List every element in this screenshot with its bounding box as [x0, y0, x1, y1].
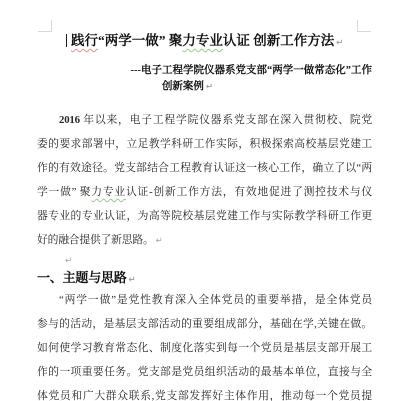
- document-content: 践行“两学一做” 聚力专业认证 创新工作方法↵ ---电子工程学院仪器系党支部“…: [37, 0, 372, 401]
- text-segment: 委的要求部署中，立足教学科研工作实际，积极探索高校基层党建工: [37, 138, 372, 150]
- text-line[interactable]: 委的要求部署中，立足教学科研工作实际，积极探索高校基层党建工: [37, 132, 372, 156]
- pilcrow-icon: ↵: [156, 236, 163, 246]
- section-heading[interactable]: 一、主题与思路↵: [37, 268, 372, 288]
- pilcrow-icon: ↵: [129, 275, 136, 285]
- empty-paragraph[interactable]: ↵: [37, 252, 372, 268]
- text-line[interactable]: 作的一项重要任务。党支部是党员组织活动的最基本单位，直接与全: [37, 360, 372, 384]
- text-segment: “两学一做” 聚: [98, 33, 182, 48]
- text-line[interactable]: 如何使学习教育常态化、制度化落实到每一个党员是基层支部开展工: [37, 336, 372, 360]
- text-segment: 学一做” 聚: [37, 186, 91, 198]
- text-segment: 2016: [59, 114, 83, 126]
- text-segment: 年以来，电子工程学院仪器系党支部在深入贯彻校、院党: [83, 114, 372, 126]
- document-body: 2016 年以来，电子工程学院仪器系党支部在深入贯彻校、院党委的要求部署中，立足…: [37, 108, 372, 401]
- text-segment: 参与的活动，是基层支部活动的重要组成部分，基础在学,关键在做。: [37, 318, 372, 330]
- text-segment: 作的有效途径。党支部结合工程教育认证这一核心工作，确立了以“两: [37, 162, 372, 174]
- document-title[interactable]: 践行“两学一做” 聚力专业认证 创新工作方法↵: [37, 32, 372, 50]
- paragraph-2[interactable]: “两学一做”是党性教育深入全体党员的重要举措，是全体党员参与的活动，是基层支部活…: [37, 288, 372, 401]
- text-line[interactable]: 2016 年以来，电子工程学院仪器系党支部在深入贯彻校、院党: [37, 108, 372, 132]
- text-line[interactable]: 好的融合提供了新思路。↵: [37, 228, 372, 252]
- text-segment: 力专业: [91, 186, 126, 198]
- subtitle-line-1: ---电子工程学院仪器系党支部“两学一做常态化”工作: [37, 63, 372, 79]
- text-line[interactable]: 学一做” 聚力专业认证-创新工作方法，有效地促进了测控技术与仪: [37, 180, 372, 204]
- text-line[interactable]: “两学一做”是党性教育深入全体党员的重要举措，是全体党员: [37, 288, 372, 312]
- paragraph-1[interactable]: 2016 年以来，电子工程学院仪器系党支部在深入贯彻校、院党委的要求部署中，立足…: [37, 108, 372, 252]
- pilcrow-icon: ↵: [206, 82, 213, 92]
- text-segment: 认证-创新工作方法，有效地促进了测控技术与仪: [126, 186, 372, 198]
- text-segment: 器专业的专业认证，为高等院校基层党建工作与实际教学科研工作更: [37, 210, 372, 222]
- text-line[interactable]: 体党员和广大群众联系,党支部发挥好主体作用，推动每一个党员提: [37, 384, 372, 401]
- text-segment: 好的融合提供了新思路。: [37, 234, 154, 246]
- text-line[interactable]: 参与的活动，是基层支部活动的重要组成部分，基础在学,关键在做。: [37, 312, 372, 336]
- document-page: 践行“两学一做” 聚力专业认证 创新工作方法↵ ---电子工程学院仪器系党支部“…: [0, 0, 400, 401]
- pilcrow-icon: ↵: [336, 38, 343, 48]
- subtitle-line-2: 创新案例↵: [37, 79, 372, 95]
- text-line[interactable]: 器专业的专业认证，为高等院校基层党建工作与实际教学科研工作更: [37, 204, 372, 228]
- text-segment: 践行: [71, 33, 98, 48]
- document-subtitle[interactable]: ---电子工程学院仪器系党支部“两学一做常态化”工作 创新案例↵: [37, 63, 372, 95]
- pilcrow-icon: ↵: [65, 256, 72, 266]
- text-cursor: [66, 34, 67, 47]
- text-line[interactable]: 作的有效途径。党支部结合工程教育认证这一核心工作，确立了以“两: [37, 156, 372, 180]
- text-segment: 力专业: [182, 33, 223, 48]
- text-segment: 认证 创新工作方法: [223, 33, 334, 48]
- text-segment: 作的一项重要任务。党支部是党员组织活动的最基本单位，直接与全: [37, 366, 372, 378]
- text-segment: 如何使学习教育常态化、制度化落实到每一个党员是基层支部开展工: [37, 342, 372, 354]
- text-segment: 体党员和广大群众联系,党支部发挥好主体作用，推动每一个党员提: [37, 390, 372, 401]
- text-segment: “两学一做”是党性教育深入全体党员的重要举措，是全体党员: [59, 294, 372, 306]
